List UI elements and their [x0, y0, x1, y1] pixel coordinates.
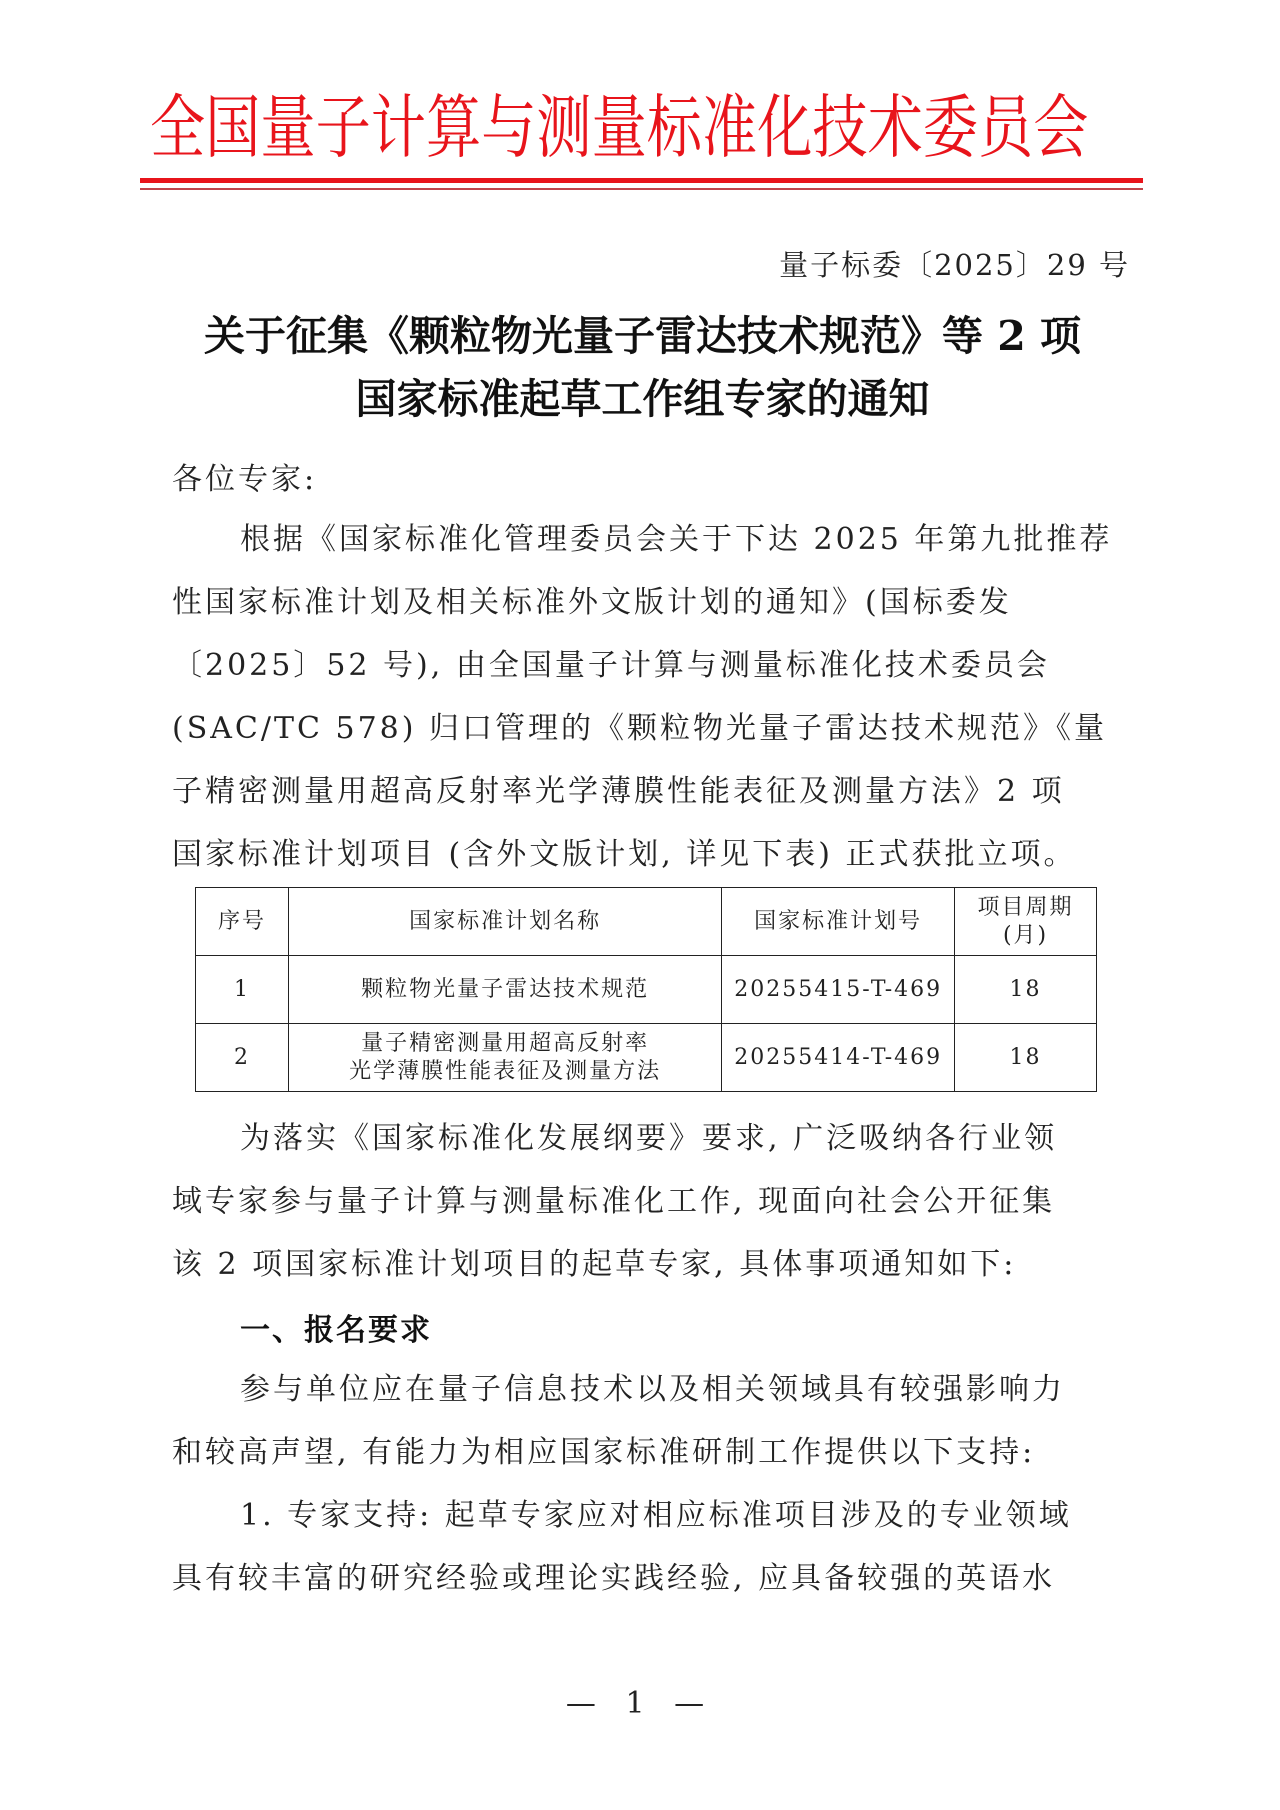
paragraph-line: 和较高声望, 有能力为相应国家标准研制工作提供以下支持:: [172, 1421, 1132, 1484]
table-header-row: 序号 国家标准计划名称 国家标准计划号 项目周期 (月): [196, 888, 1097, 956]
header-plan-name: 国家标准计划名称: [288, 888, 721, 956]
paragraph-line: 子精密测量用超高反射率光学薄膜性能表征及测量方法》2 项: [172, 760, 1132, 823]
header-period-label: 项目周期: [955, 894, 1096, 922]
cell-plan-name: 颗粒物光量子雷达技术规范: [288, 956, 721, 1024]
masthead-divider-thin: [140, 188, 1143, 190]
masthead-char: 测: [536, 82, 591, 174]
paragraph-line: (SAC/TC 578) 归口管理的《颗粒物光量子雷达技术规范》《量: [172, 697, 1132, 760]
page-number: — 1 —: [0, 1686, 1280, 1721]
masthead-char: 化: [757, 82, 812, 174]
masthead-divider-thick: [140, 178, 1143, 183]
cell-plan-name: 量子精密测量用超高反射率 光学薄膜性能表征及测量方法: [288, 1024, 721, 1092]
table-row: 1 颗粒物光量子雷达技术规范 20255415-T-469 18: [196, 956, 1097, 1024]
salutation: 各位专家:: [172, 448, 1132, 511]
paragraph-line: 〔2025〕52 号), 由全国量子计算与测量标准化技术委员会: [172, 634, 1132, 697]
section-heading: 一、报名要求: [240, 1305, 432, 1349]
masthead-char: 子: [316, 82, 371, 174]
cell-index: 2: [196, 1024, 289, 1092]
cell-plan-name-line: 量子精密测量用超高反射率: [289, 1030, 721, 1058]
paragraph-line: 根据《国家标准化管理委员会关于下达 2025 年第九批推荐: [240, 508, 1200, 571]
masthead-char: 员: [978, 82, 1033, 174]
cell-plan-name-line: 光学薄膜性能表征及测量方法: [289, 1058, 721, 1086]
masthead-char: 标: [647, 82, 702, 174]
masthead-char: 计: [371, 82, 426, 174]
paragraph-line: 为落实《国家标准化发展纲要》要求, 广泛吸纳各行业领: [240, 1107, 1200, 1170]
document-title-line1: 关于征集《颗粒物光量子雷达技术规范》等 2 项: [150, 307, 1135, 365]
cell-period: 18: [955, 956, 1097, 1024]
list-item-line: 1. 专家支持: 起草专家应对相应标准项目涉及的专业领域: [240, 1484, 1200, 1547]
list-item-line: 具有较丰富的研究经验或理论实践经验, 应具备较强的英语水: [172, 1547, 1132, 1610]
header-plan-number: 国家标准计划号: [722, 888, 955, 956]
header-period-unit: (月): [955, 922, 1096, 950]
header-period: 项目周期 (月): [955, 888, 1097, 956]
cell-index: 1: [196, 956, 289, 1024]
cell-plan-name-line: 颗粒物光量子雷达技术规范: [289, 976, 721, 1004]
masthead-char: 国: [205, 82, 260, 174]
standards-plan-table: 序号 国家标准计划名称 国家标准计划号 项目周期 (月) 1 颗粒物光量子雷达技…: [195, 887, 1097, 1092]
masthead-char: 技: [812, 82, 867, 174]
masthead-char: 委: [923, 82, 978, 174]
cell-plan-number: 20255415-T-469: [722, 956, 955, 1024]
masthead-char: 算: [426, 82, 481, 174]
paragraph-line: 域专家参与量子计算与测量标准化工作, 现面向社会公开征集: [172, 1170, 1132, 1233]
paragraph-line: 国家标准计划项目 (含外文版计划, 详见下表) 正式获批立项。: [172, 823, 1132, 886]
header-index: 序号: [196, 888, 289, 956]
masthead-char: 量: [260, 82, 315, 174]
masthead-char: 与: [481, 82, 536, 174]
masthead-char: 全: [150, 82, 205, 174]
masthead-char: 量: [592, 82, 647, 174]
masthead-char: 术: [868, 82, 923, 174]
table-row: 2 量子精密测量用超高反射率 光学薄膜性能表征及测量方法 20255414-T-…: [196, 1024, 1097, 1092]
document-title-line2: 国家标准起草工作组专家的通知: [150, 370, 1135, 428]
document-number: 量子标委〔2025〕29 号: [779, 243, 1130, 284]
paragraph-line: 该 2 项国家标准计划项目的起草专家, 具体事项通知如下:: [172, 1233, 1132, 1296]
paragraph-line: 参与单位应在量子信息技术以及相关领域具有较强影响力: [240, 1358, 1200, 1421]
paragraph-line: 性国家标准计划及相关标准外文版计划的通知》(国标委发: [172, 571, 1132, 634]
masthead-char: 准: [702, 82, 757, 174]
cell-plan-number: 20255414-T-469: [722, 1024, 955, 1092]
masthead-char: 会: [1033, 82, 1088, 174]
masthead-org-name: 全 国 量 子 计 算 与 测 量 标 准 化 技 术 委 员 会: [150, 88, 1056, 168]
cell-period: 18: [955, 1024, 1097, 1092]
